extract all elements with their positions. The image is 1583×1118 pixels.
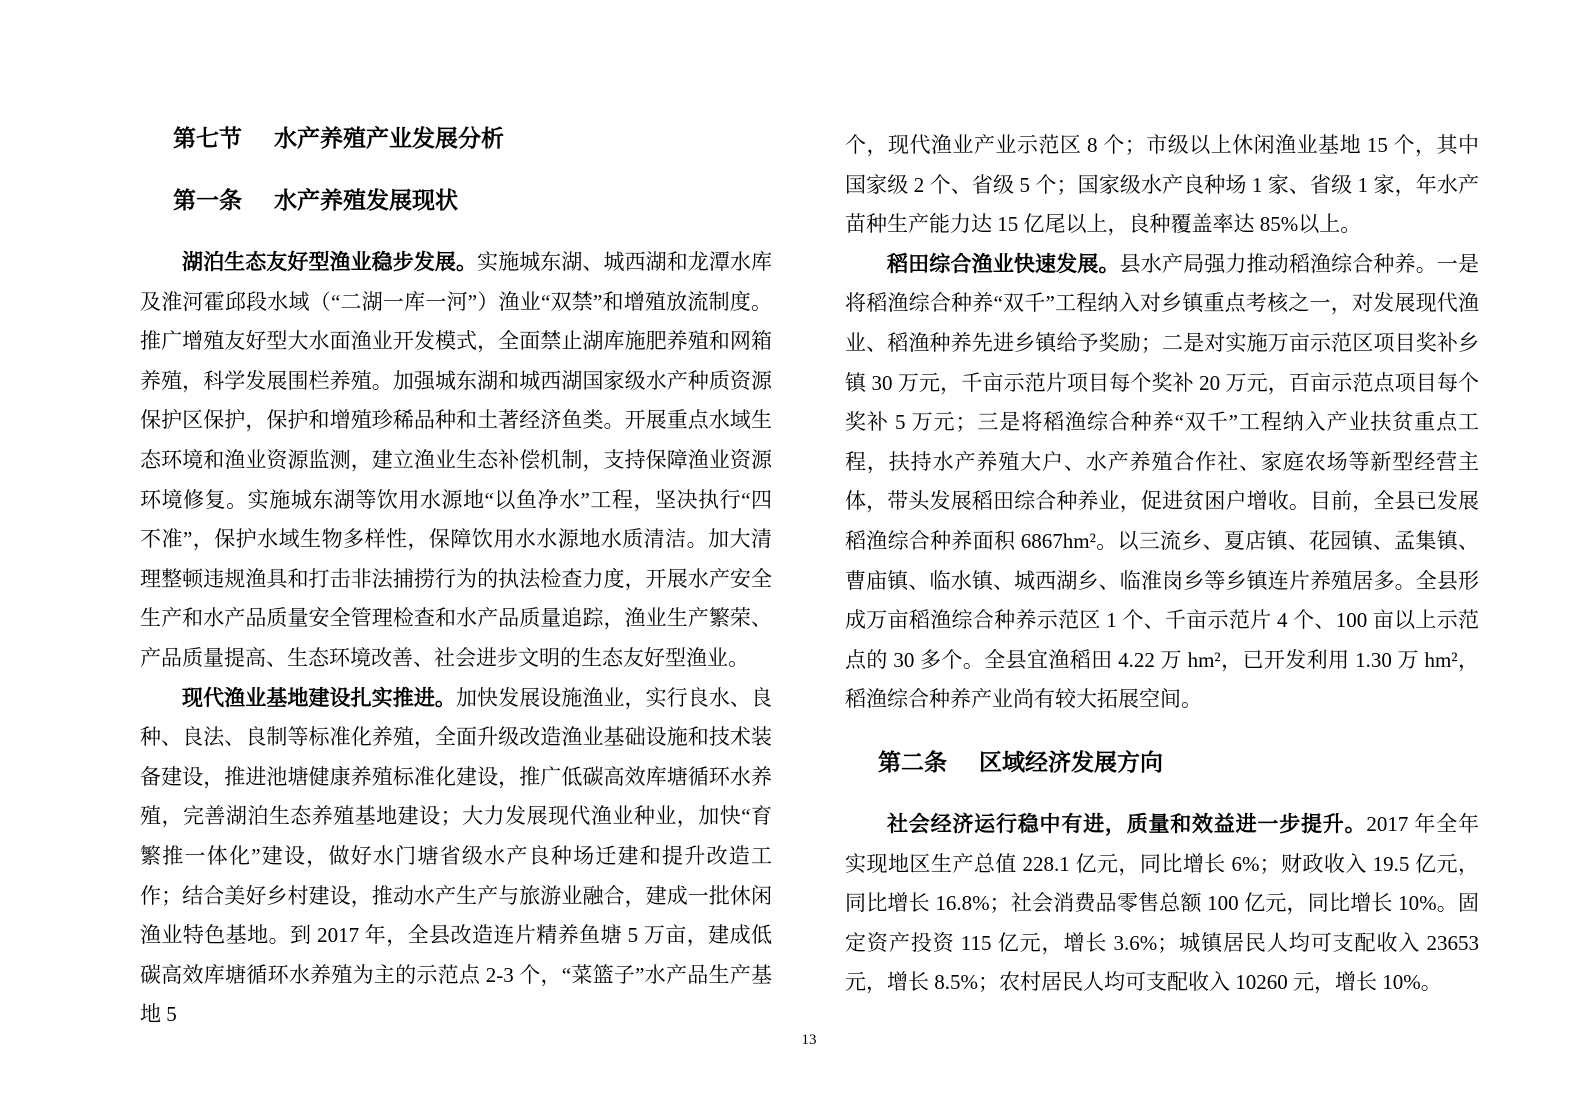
document-page: 第七节水产养殖产业发展分析 第一条水产养殖发展现状 湖泊生态友好型渔业稳步发展。… <box>0 0 1583 1118</box>
paragraph-continuation: 个，现代渔业产业示范区 8 个；市级以上休闲渔业基地 15 个，其中国家级 2 … <box>845 126 1479 245</box>
left-column: 第七节水产养殖产业发展分析 第一条水产养殖发展现状 湖泊生态友好型渔业稳步发展。… <box>140 0 772 1035</box>
paragraph-rice-field-text: 县水产局强力推动稻渔综合种养。一是将稻渔综合种养“双千”工程纳入对乡镇重点考核之… <box>845 252 1479 712</box>
paragraph-economy: 社会经济运行稳中有进，质量和效益进一步提升。2017 年全年实现地区生产总值 2… <box>845 805 1479 1003</box>
article-heading-1: 第一条水产养殖发展现状 <box>140 180 772 220</box>
article-1-title: 水产养殖发展现状 <box>274 187 458 213</box>
article-2-title: 区域经济发展方向 <box>979 749 1163 775</box>
article-2-number: 第二条 <box>878 749 947 775</box>
section-heading: 第七节水产养殖产业发展分析 <box>140 118 772 158</box>
paragraph-rice-field-lead: 稻田综合渔业快速发展。 <box>887 253 1120 276</box>
paragraph-economy-text: 2017 年全年实现地区生产总值 228.1 亿元，同比增长 6%；财政收入 1… <box>845 812 1479 994</box>
paragraph-modern-base-text: 加快发展设施渔业，实行良水、良种、良法、良制等标准化养殖，全面升级改造渔业基础设… <box>140 686 772 1027</box>
article-1-number: 第一条 <box>173 187 242 213</box>
article-heading-2: 第二条区域经济发展方向 <box>845 742 1479 782</box>
right-column: 个，现代渔业产业示范区 8 个；市级以上休闲渔业基地 15 个，其中国家级 2 … <box>845 0 1479 1003</box>
paragraph-modern-base: 现代渔业基地建设扎实推进。加快发展设施渔业，实行良水、良种、良法、良制等标准化养… <box>140 679 772 1035</box>
paragraph-lake-fishery-lead: 湖泊生态友好型渔业稳步发展。 <box>182 251 477 274</box>
paragraph-continuation-text: 个，现代渔业产业示范区 8 个；市级以上休闲渔业基地 15 个，其中国家级 2 … <box>845 133 1479 236</box>
paragraph-lake-fishery: 湖泊生态友好型渔业稳步发展。实施城东湖、城西湖和龙潭水库及淮河霍邱段水域（“二湖… <box>140 243 772 679</box>
page-number: 13 <box>140 1030 1478 1050</box>
section-title: 水产养殖产业发展分析 <box>274 125 504 151</box>
paragraph-rice-field: 稻田综合渔业快速发展。县水产局强力推动稻渔综合种养。一是将稻渔综合种养“双千”工… <box>845 245 1479 720</box>
paragraph-lake-fishery-text: 实施城东湖、城西湖和龙潭水库及淮河霍邱段水域（“二湖一库一河”）渔业“双禁”和增… <box>140 250 772 670</box>
paragraph-modern-base-lead: 现代渔业基地建设扎实推进。 <box>182 687 456 710</box>
section-number: 第七节 <box>173 125 242 151</box>
paragraph-economy-lead: 社会经济运行稳中有进，质量和效益进一步提升。 <box>887 813 1366 836</box>
